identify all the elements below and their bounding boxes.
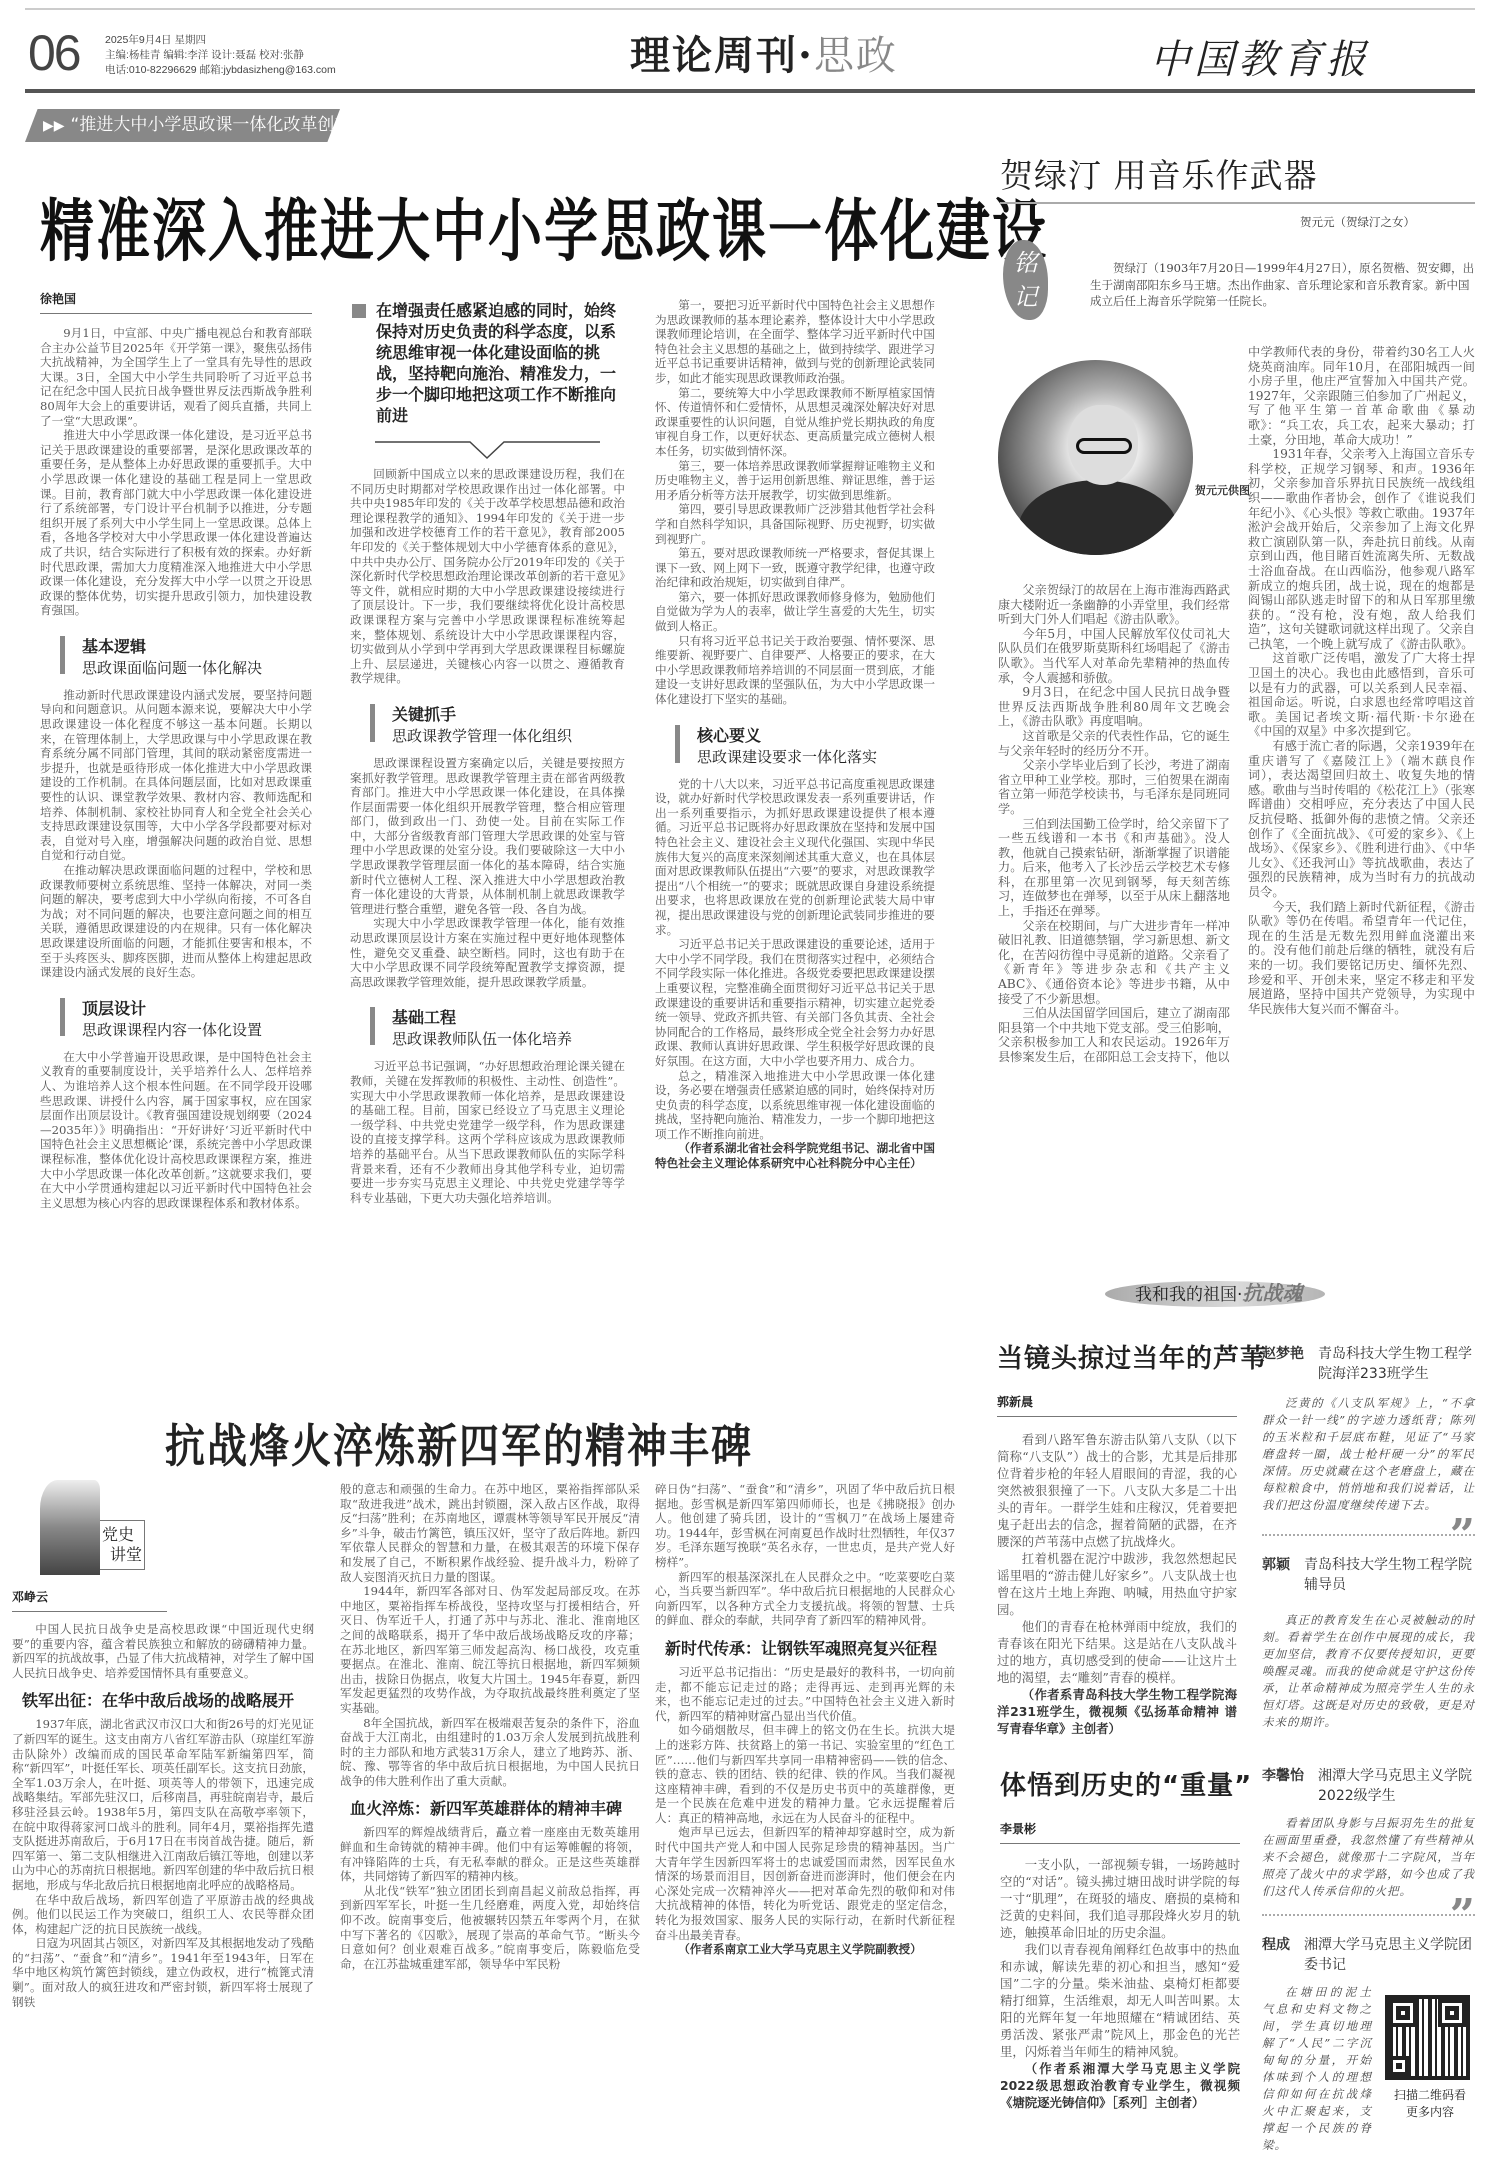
banner-accent: 抗战魂 — [1242, 1281, 1302, 1305]
pull-quote-chevron — [375, 440, 600, 460]
paragraph: 他们的青春在枪林弹雨中绽放，我们的青春该在阳光下结果。这是站在八支队战斗过的地方… — [997, 1618, 1237, 1686]
subheading: 铁军出征：在华中敌后战场的战略展开 — [22, 1688, 314, 1711]
paragraph: 1931年春，父亲考入上海国立音乐专科学校，正规学习钢琴、和声。1936年初，父… — [1248, 447, 1475, 651]
byline: 徐艳国 — [40, 290, 312, 314]
comments-1: 赵梦艳 青岛科技大学生物工程学院海洋233班学生 泛黄的《八支队军规》上，“不拿… — [1262, 1343, 1475, 1731]
section-body: 习近平总书记强调，“办好思想政治理论课关键在教师，关键在发挥教师的积极性、主动性… — [350, 1059, 625, 1205]
commenter: 程成 湘潭大学马克思主义学院团委书记 — [1262, 1934, 1475, 1974]
paragraph: 这首歌广泛传唱，激发了广大将士捍卫国土的决心。我也由此感悟到，音乐可以是有力的武… — [1248, 651, 1475, 739]
paragraph: 碎日伪“扫荡”、“蚕食”和“清乡”，巩固了华中敌后抗日根据地。彭雪枫是新四军第四… — [655, 1482, 955, 1570]
n4a-col-3: 碎日伪“扫荡”、“蚕食”和“清乡”，巩固了华中敌后抗日根据地。彭雪枫是新四军第四… — [655, 1482, 955, 1957]
comment-text: 在塘田的泥土气息和史料文物之间，学生真切地理解了“人民”二字沉甸甸的分量，开始体… — [1262, 1984, 1372, 2154]
story-headline: 当镜头掠过当年的芦苇 — [997, 1338, 1237, 1375]
paragraph: 从北伐“铁军”独立团团长到南昌起义前敌总指挥，再到新四军军长，叶挺一生几经磨难，… — [340, 1884, 640, 1972]
commenter-name: 赵梦艳 — [1262, 1343, 1304, 1383]
paragraph: 我们以青春视角阐释红色故事中的热血和赤诚，解读先辈的初心和担当，感知“爱国”二字… — [1000, 1941, 1240, 2060]
badge-char: 记 — [1003, 280, 1048, 314]
section-title: 思政课课程内容一体化设置 — [82, 1019, 312, 1040]
paragraph: 第三，要一体培养思政课教师掌握辩证唯物主义和历史唯物主义，善于运用创新思维、辩证… — [655, 459, 935, 503]
issue-date: 2025年9月4日 星期四 — [105, 33, 336, 48]
section-kicker: 基本逻辑 — [82, 634, 312, 657]
subsection-body: 习近平总书记指出：“历史是最好的教科书，一切向前走，都不能忘记走过的路；走得再远… — [655, 1665, 955, 1957]
masthead-rule — [25, 89, 1475, 93]
commenter: 郭颖 青岛科技大学生物工程学院辅导员 — [1262, 1554, 1475, 1594]
badge-line: 党史 — [102, 1525, 144, 1545]
badge-line: 讲堂 — [102, 1545, 144, 1565]
qr-code[interactable] — [1385, 1995, 1470, 2080]
paragraph: 党的十八大以来，习近平总书记高度重视思政课建设，就办好新时代学校思政课发表一系列… — [655, 777, 935, 938]
square-bullet-icon — [352, 304, 366, 318]
qr-caption: 扫描二维码看更多内容 — [1390, 2087, 1470, 2121]
section-bar — [370, 1007, 375, 1045]
section-kicker: 核心要义 — [697, 723, 935, 746]
section-kicker: 关键抓手 — [392, 702, 625, 725]
paragraph: 1944年，新四军各部对日、伪军发起局部反攻。在苏中地区，粟裕指挥车桥战役，坚持… — [340, 1584, 640, 1715]
feature-rule — [1000, 202, 1475, 204]
n4a-col-2-body: 般的意志和顽强的生命力。在苏中地区，粟裕指挥部队采取“敌进我进”战术，跳出封锁圈… — [340, 1482, 640, 1788]
paragraph: 思政课课程设置方案确定以后，关键是要按照方案抓好教学管理。思政课教学管理主责在部… — [350, 756, 625, 917]
photo-glasses — [1076, 438, 1132, 454]
feature-headline: 贺绿汀 用音乐作武器 — [1000, 150, 1318, 197]
n4a-col-2: 般的意志和顽强的生命力。在苏中地区，粟裕指挥部队采取“敌进我进”战术，跳出封锁圈… — [340, 1482, 640, 1971]
banner-text: “推进大中小学思政课一体化改革创新”大家谈 — [71, 115, 412, 135]
section-heading: 关键抓手 思政课教学管理一体化组织 — [370, 702, 625, 746]
story-2: 体悟到历史的“重量” 李景彬 一支小队，一部视频专辑，一场跨越时空的“对话”。镜… — [1000, 1765, 1240, 2111]
paragraph: 新四军的根基深深扎在人民群众之中。“吃菜要吃白菜心，当兵要当新四军”。华中敌后抗… — [655, 1570, 955, 1628]
paragraph: 第五，要对思政课教师统一严格要求，督促其课上课下一致、网上网下一致，既遵守教学纪… — [655, 546, 935, 590]
paragraph: 回顾新中国成立以来的思政课建设历程，我们在不同历史时期都对学校思政课作出过一体化… — [350, 467, 625, 686]
mingji-badge: 铭 记 — [1003, 240, 1048, 320]
lead-col-3: 第一，要把习近平新时代中国特色社会主义思想作为思政课教师的基本理论素养，整体设计… — [655, 298, 935, 1171]
dotted-divider: ” — [1262, 1534, 1475, 1554]
comment-text: 泛黄的《八支队军规》上，“不拿群众一针一线”的字迹力透纸背；陈列的玉米粒和千层底… — [1262, 1395, 1475, 1514]
section-body: 推动新时代思政课建设内涵式发展，要坚持问题导向和问题意识。从问题本源来说，要解决… — [40, 688, 312, 980]
section-banner: 我和我的祖国·抗战魂 — [1105, 1273, 1375, 1313]
subsection-body: 新四军的辉煌战绩背后，矗立着一座座由无数英雄用鲜血和生命铸就的精神丰碑。他们中有… — [340, 1825, 640, 1971]
lead-col-1-body: 9月1日，中宣部、中央广播电视总台和教育部联合主办公益节目2025年《开学第一课… — [40, 326, 312, 618]
paragraph: 只有将习近平总书记关于政治要强、情怀要深、思维要新、视野要广、自律要严、人格要正… — [655, 634, 935, 707]
paragraph: 9月3日，在纪念中国人民抗日战争暨世界反法西斯战争胜利80周年文艺晚会上，《游击… — [998, 685, 1230, 729]
lead-col-2: 回顾新中国成立以来的思政课建设历程，我们在不同历史时期都对学校思政课作出过一体化… — [350, 467, 625, 1205]
n4a-col-1: 邓峥云 中国人民抗日战争史是高校思政课“中国近现代史纲要”的重要内容，蕴含着民族… — [12, 1588, 314, 2009]
paragraph: 习近平总书记关于思政课建设的重要论述，适用于大中小学不同学段。我们在贯彻落实过程… — [655, 937, 935, 1068]
commenter-affiliation: 青岛科技大学生物工程学院海洋233班学生 — [1318, 1343, 1475, 1383]
paragraph: 炮声早已远去，但新四军的精神却穿越时空，成为新时代中国共产党人和中国人民弥足珍贵… — [655, 1825, 955, 1942]
story-1: 当镜头掠过当年的芦苇 郭新晨 看到八路军鲁东游击队第八支队（以下简称“八支队”）… — [997, 1338, 1237, 1737]
pull-quote: 在增强责任感紧迫感的同时，始终保持对历史负责的科学态度，以系统思维审视一体化建设… — [352, 300, 622, 426]
paragraph: 习近平总书记强调，“办好思想政治理论课关键在教师，关键在发挥教师的积极性、主动性… — [350, 1059, 625, 1205]
paragraph: 有感于流亡者的际遇，父亲1939年在重庆谱写了《嘉陵江上》（端木蕻良作词），表达… — [1248, 739, 1475, 900]
story-headline: 体悟到历史的“重量” — [1000, 1765, 1240, 1802]
paper-logo: 中国教育报 — [1150, 28, 1370, 85]
subheading: 血火淬炼：新四军英雄群体的精神丰碑 — [350, 1796, 640, 1819]
double-arrow-icon: ▶▶ — [43, 118, 65, 134]
badge-label: 党史 讲堂 — [100, 1520, 145, 1570]
paragraph: 扛着机器在泥泞中跋涉，我忽然想起民谣里唱的“游击健儿好家乡”。八支队战士也曾在这… — [997, 1550, 1237, 1618]
photo-credit: 贺元元供图 — [1195, 482, 1250, 498]
author-note: （作者系南京工业大学马克思主义学院副教授） — [655, 1942, 955, 1957]
paragraph: 新四军的辉煌战绩背后，矗立着一座座由无数英雄用鲜血和生命铸就的精神丰碑。他们中有… — [340, 1825, 640, 1883]
soldiers-photo — [40, 1480, 100, 1575]
paragraph: 三伯到法国勤工俭学时，给父亲留下了一些五线谱和一本书《和声基础》。没人教，他就自… — [998, 817, 1230, 919]
section-heading: 基础工程 思政课教师队伍一体化培养 — [370, 1005, 625, 1049]
commenter: 赵梦艳 青岛科技大学生物工程学院海洋233班学生 — [1262, 1343, 1475, 1383]
party-history-badge: 党史 讲堂 — [40, 1480, 145, 1580]
section-title: 思政课面临问题一体化解决 — [82, 657, 312, 678]
section-body: 思政课课程设置方案确定以后，关键是要按照方案抓好教学管理。思政课教学管理主责在部… — [350, 756, 625, 990]
paragraph: 第一，要把习近平新时代中国特色社会主义思想作为思政课教师的基本理论素养，整体设计… — [655, 298, 935, 386]
quote-mark-icon: ” — [1450, 1890, 1475, 1941]
paragraph: 父亲在校期间，与广大进步青年一样冲破旧礼教、旧道德禁锢，学习新思想、新文化，在苦… — [998, 919, 1230, 1007]
lead-col-2-body: 回顾新中国成立以来的思政课建设历程，我们在不同历史时期都对学校思政课作出过一体化… — [350, 467, 625, 686]
portrait-photo — [998, 360, 1193, 555]
section-title: 思政课教师队伍一体化培养 — [392, 1028, 625, 1049]
n4a-col-3-body: 碎日伪“扫荡”、“蚕食”和“清乡”，巩固了华中敌后抗日根据地。彭雪枫是新四军第四… — [655, 1482, 955, 1628]
paragraph: 总之，精准深入地推进大中小学思政课一体化建设，务必要在增强责任感紧迫感的同时，始… — [655, 1069, 935, 1142]
editorial-staff: 主编:杨桂青 编辑:李洋 设计:聂磊 校对:张静 — [105, 48, 336, 63]
page-number: 06 — [28, 28, 80, 78]
lead-headline: 精准深入推进大中小学思政课一体化建设 — [40, 178, 1048, 274]
paragraph: 如今硝烟散尽，但丰碑上的铭文仍在生长。抗洪大堤上的迷彩方阵、扶贫路上的第一书记、… — [655, 1723, 955, 1825]
section-title: 思政课教学管理一体化组织 — [392, 725, 625, 746]
section-heading: 顶层设计 思政课课程内容一体化设置 — [60, 996, 312, 1040]
dotted-divider: ” — [1262, 1914, 1475, 1934]
paragraph: 三伯从法国留学回国后，建立了湖南邵阳县第一个中共地下党支部。受三伯影响，父亲积极… — [998, 1006, 1230, 1064]
section-banner-text: 我和我的祖国·抗战魂 — [1135, 1277, 1302, 1306]
section-bar — [675, 725, 680, 763]
commenter: 李馨怡 湘潭大学马克思主义学院2022级学生 — [1262, 1765, 1475, 1805]
topic-banner: ▶▶“推进大中小学思政课一体化改革创新”大家谈 — [25, 109, 340, 142]
paragraph: 在华中敌后战场，新四军创造了平原游击战的经典战例。他们以民运工作为突破口，组织工… — [12, 1893, 314, 1937]
author-note: （作者系湖北省社会科学院党组书记、湖北省中国特色社会主义理论体系研究中心社科院分… — [655, 1141, 935, 1170]
paragraph: 父亲小学毕业后到了长沙，考进了湖南省立甲种工业学校。那时，三伯贺果在湖南省立第一… — [998, 758, 1230, 816]
byline: 邓峥云 — [12, 1588, 167, 1612]
author-note: （作者系青岛科技大学生物工程学院海洋231班学生，微视频《弘扬革命精神 谱写青春… — [997, 1686, 1237, 1737]
paragraph: 推进大中小学思政课一体化建设，是习近平总书记关于思政课建设的重要部署，是深化思政… — [40, 428, 312, 618]
section-title: 思政课建设要求一体化落实 — [697, 746, 935, 767]
paragraph: 8年全国抗战，新四军在极端艰苦复杂的条件下，浴血奋战于大江南北，由组建时的1.0… — [340, 1716, 640, 1789]
paragraph: 习近平总书记指出：“历史是最好的教科书，一切向前走，都不能忘记走过的路；走得再远… — [655, 1665, 955, 1723]
feature-col-left: 父亲贺绿汀的故居在上海市淮海西路武康大楼附近一条幽静的小弄堂里，我们经常听到大门… — [998, 583, 1230, 1065]
commenter-name: 程成 — [1262, 1934, 1290, 1974]
masthead-meta: 2025年9月4日 星期四 主编:杨桂青 编辑:李洋 设计:聂磊 校对:张静 电… — [105, 33, 336, 78]
paragraph: 1937年底，湖北省武汉市汉口大和街26号的灯光见证了新四军的诞生。这支由南方八… — [12, 1717, 314, 1892]
column-title-sub: 思政 — [814, 33, 898, 79]
qr-finder — [1389, 2056, 1409, 2076]
comment-text: 看着团队身影与吕振羽先生的批复在画面里重叠，我忽然懂了有些精神从来不会褪色，就像… — [1262, 1815, 1475, 1900]
commenter-name: 郭颖 — [1262, 1554, 1290, 1594]
column-title-main: 理论周刊· — [630, 32, 814, 79]
section-body: 党的十八大以来，习近平总书记高度重视思政课建设，就办好新时代学校思政课发表一系列… — [655, 777, 935, 1171]
paragraph: 在推动解决思政课面临问题的过程中，学校和思政课教师要树立系统思维、坚持一体解决，… — [40, 863, 312, 980]
pull-quote-text: 在增强责任感紧迫感的同时，始终保持对历史负责的科学态度，以系统思维审视一体化建设… — [376, 301, 616, 425]
section-body: 在大中小学普遍开设思政课，是中国特色社会主义教育的重要制度设计，关乎培养什么人、… — [40, 1050, 312, 1211]
section-bar — [370, 704, 375, 742]
paragraph: 中国人民抗日战争史是高校思政课“中国近现代史纲要”的重要内容，蕴含着民族独立和解… — [12, 1622, 314, 1680]
commenter-affiliation: 湘潭大学马克思主义学院2022级学生 — [1318, 1765, 1475, 1805]
paragraph: 第四，要引导思政课教师广泛涉猎其他哲学社会科学和自然科学知识，具备国际视野、历史… — [655, 502, 935, 546]
paragraph: 9月1日，中宣部、中央广播电视总台和教育部联合主办公益节目2025年《开学第一课… — [40, 326, 312, 428]
section-heading: 基本逻辑 思政课面临问题一体化解决 — [60, 634, 312, 678]
subheading: 新时代传承：让钢铁军魂照亮复兴征程 — [665, 1636, 955, 1659]
byline: 郭新晨 — [997, 1393, 1237, 1417]
paragraph: 在大中小学普遍开设思政课，是中国特色社会主义教育的重要制度设计，关乎培养什么人、… — [40, 1050, 312, 1211]
banner-main: 我和我的祖国· — [1135, 1285, 1242, 1305]
paragraph: 这首歌是父亲的代表性作品，它的诞生与父亲年轻时的经历分不开。 — [998, 729, 1230, 758]
n4a-headline: 抗战烽火淬炼新四军的精神丰碑 — [165, 1410, 753, 1476]
section-bar — [60, 998, 65, 1036]
byline: 李景彬 — [1000, 1820, 1240, 1844]
top-rule — [25, 8, 1475, 10]
badge-char: 铭 — [1003, 246, 1048, 280]
lead-col-3-body: 第一，要把习近平新时代中国特色社会主义思想作为思政课教师的基本理论素养，整体设计… — [655, 298, 935, 707]
paragraph: 第二，要统筹大中小学思政课教师不断厚植家国情怀、传道情怀和仁爱情怀，从思想灵魂深… — [655, 386, 935, 459]
story-body: 一支小队，一部视频专辑，一场跨越时空的“对话”。镜头拂过塘田战时讲学院的每一寸“… — [1000, 1856, 1240, 2111]
paragraph: 看到八路军鲁东游击队第八支队（以下简称“八支队”）战士的合影，尤其是后排那位背着… — [997, 1431, 1237, 1550]
paragraph: 中学教师代表的身份，带着约30名工人火烧英商油库。同年10月，在邵阳城西一间小房… — [1248, 345, 1475, 447]
quote-mark-icon: ” — [1450, 1510, 1475, 1561]
column-title: 理论周刊·思政 — [630, 24, 898, 81]
feature-intro: 贺绿汀（1903年7月20日—1999年4月27日），原名贺楷、贺安卿，出生于湖… — [1090, 260, 1475, 310]
author-note: （作者系湘潭大学马克思主义学院2022级思想政治教育专业学生，微视频《塘院逐光铸… — [1000, 2060, 1240, 2111]
section-kicker: 顶层设计 — [82, 996, 312, 1019]
paragraph: 实现大中小学思政课教学管理一体化，能有效推动思政课顶层设计方案在实施过程中更好地… — [350, 916, 625, 989]
paragraph: 日寇为巩固其占领区，对新四军及其根据地发动了残酷的“扫荡”、“蚕食”和“清乡”。… — [12, 1936, 314, 2009]
n4a-col-1-body: 中国人民抗日战争史是高校思政课“中国近现代史纲要”的重要内容，蕴含着民族独立和解… — [12, 1622, 314, 1680]
feature-col-right: 中学教师代表的身份，带着约30名工人火烧英商油库。同年10月，在邵阳城西一间小房… — [1248, 345, 1475, 1016]
photo-coat — [1018, 480, 1178, 555]
subsection-body: 1937年底，湖北省武汉市汉口大和街26号的灯光见证了新四军的诞生。这支由南方八… — [12, 1717, 314, 2009]
paragraph: 今年5月，中国人民解放军仪仗司礼大队队员们在俄罗斯莫斯科红场唱起了《游击队歌》。… — [998, 627, 1230, 685]
paragraph: 般的意志和顽强的生命力。在苏中地区，粟裕指挥部队采取“敌进我进”战术，跳出封锁圈… — [340, 1482, 640, 1584]
contact-info: 电话:010-82296629 邮箱:jybdasizheng@163.com — [105, 63, 336, 78]
section-heading: 核心要义 思政课建设要求一体化落实 — [675, 723, 935, 767]
paragraph: 今天，我们踏上新时代新征程，《游击队歌》等仍在传唱。希望青年一代记住，现在的生活… — [1248, 900, 1475, 1017]
feature-byline: 贺元元（贺绿汀之女） — [1300, 214, 1415, 230]
commenter-name: 李馨怡 — [1262, 1765, 1304, 1805]
section-bar — [60, 636, 65, 674]
story-body: 看到八路军鲁东游击队第八支队（以下简称“八支队”）战士的合影，尤其是后排那位背着… — [997, 1431, 1237, 1737]
paragraph: 一支小队，一部视频专辑，一场跨越时空的“对话”。镜头拂过塘田战时讲学院的每一寸“… — [1000, 1856, 1240, 1941]
lead-col-1: 徐艳国 9月1日，中宣部、中央广播电视总台和教育部联合主办公益节目2025年《开… — [40, 290, 312, 1210]
section-kicker: 基础工程 — [392, 1005, 625, 1028]
paragraph: 父亲贺绿汀的故居在上海市淮海西路武康大楼附近一条幽静的小弄堂里，我们经常听到大门… — [998, 583, 1230, 627]
comment-text: 真正的教育发生在心灵被触动的时刻。看着学生在创作中展现的成长，我更加坚信，教育不… — [1262, 1612, 1475, 1731]
paragraph: 第六，要一体抓好思政课教师修身修为，勉励他们自觉做为学为人的表率，做让学生喜爱的… — [655, 590, 935, 634]
paragraph: 推动新时代思政课建设内涵式发展，要坚持问题导向和问题意识。从问题本源来说，要解决… — [40, 688, 312, 863]
